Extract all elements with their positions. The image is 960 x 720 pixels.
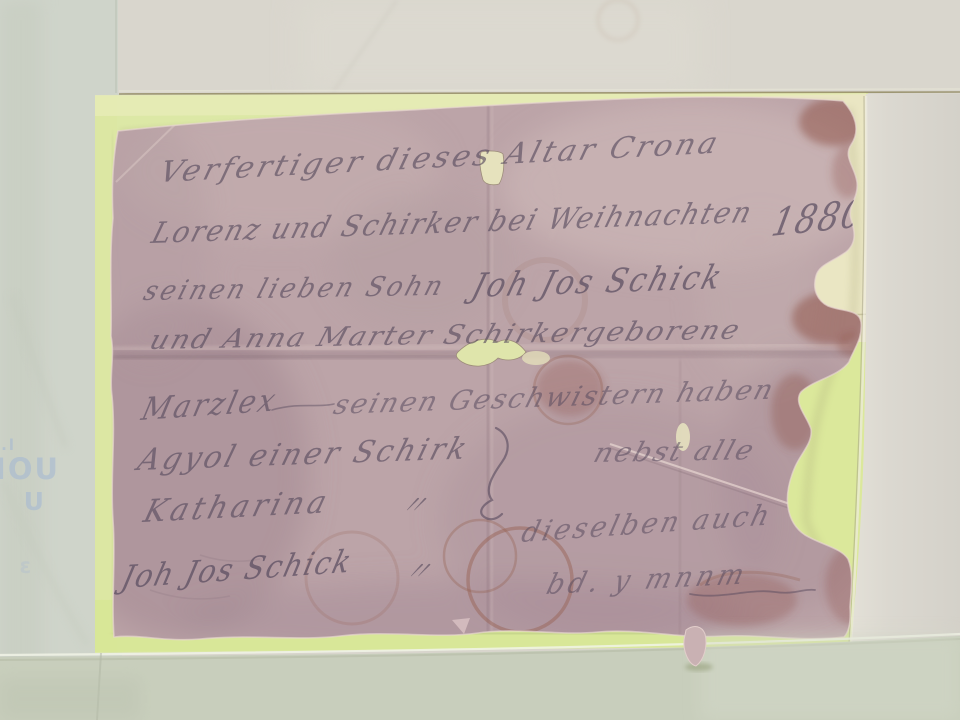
fold-tear-hole bbox=[522, 351, 550, 365]
showthrough-mark: ɜ bbox=[18, 554, 31, 578]
top-sheet-light bbox=[300, 0, 700, 94]
top-sheet bbox=[118, 0, 960, 94]
showthrough-mark: UON bbox=[0, 452, 58, 486]
bottom-band-shading bbox=[0, 678, 140, 720]
photo-canvas: l. UON U ɜ bbox=[0, 0, 960, 720]
showthrough-mark: U bbox=[22, 487, 44, 516]
bottom-band-light bbox=[700, 634, 960, 720]
flap-shadow bbox=[685, 663, 713, 671]
photo-of-handwritten-note: l. UON U ɜ bbox=[0, 0, 960, 720]
handwriting-line-3: seinen lieben Sohn bbox=[140, 269, 450, 307]
right-sheet bbox=[849, 94, 960, 645]
handwriting-line-6-rest: nebst alle bbox=[590, 434, 760, 469]
